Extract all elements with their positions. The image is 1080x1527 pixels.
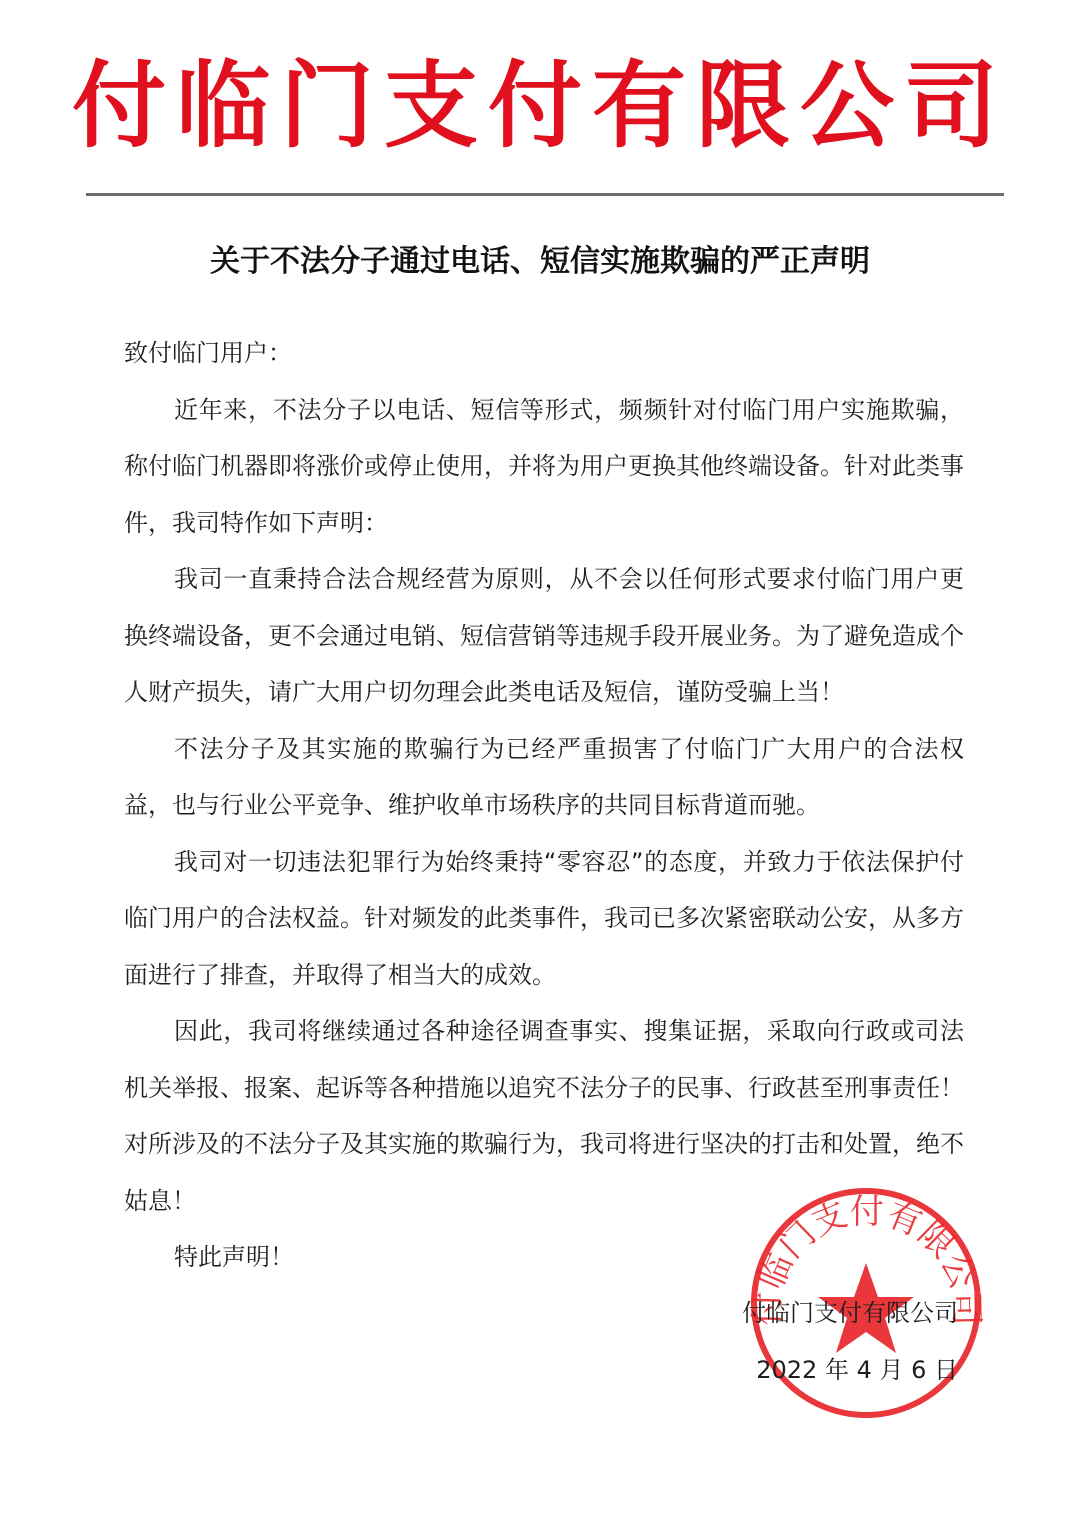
signature-company: 付临门支付有限公司 [742, 1293, 958, 1328]
paragraph-3: 不法分子及其实施的欺骗行为已经严重损害了付临门广大用户的合法权益，也与行业公平竞… [124, 721, 964, 834]
paragraph-2: 我司一直秉持合法合规经营为原则，从不会以任何形式要求付临门用户更换终端设备，更不… [124, 551, 964, 721]
header-divider [86, 193, 1004, 196]
salutation: 致付临门用户： [124, 325, 964, 382]
statement-title: 关于不法分子通过电话、短信实施欺骗的严正声明 [0, 240, 1080, 284]
signature-date: 2022 年 4 月 6 日 [756, 1350, 958, 1385]
letterhead-company-name: 付临门支付有限公司 [0, 52, 1080, 162]
statement-body: 致付临门用户： 近年来，不法分子以电话、短信等形式，频频针对付临门用户实施欺骗，… [124, 325, 964, 1286]
paragraph-4: 我司对一切违法犯罪行为始终秉持“零容忍”的态度，并致力于依法保护付临门用户的合法… [124, 834, 964, 1004]
paragraph-1: 近年来，不法分子以电话、短信等形式，频频针对付临门用户实施欺骗，称付临门机器即将… [124, 382, 964, 552]
